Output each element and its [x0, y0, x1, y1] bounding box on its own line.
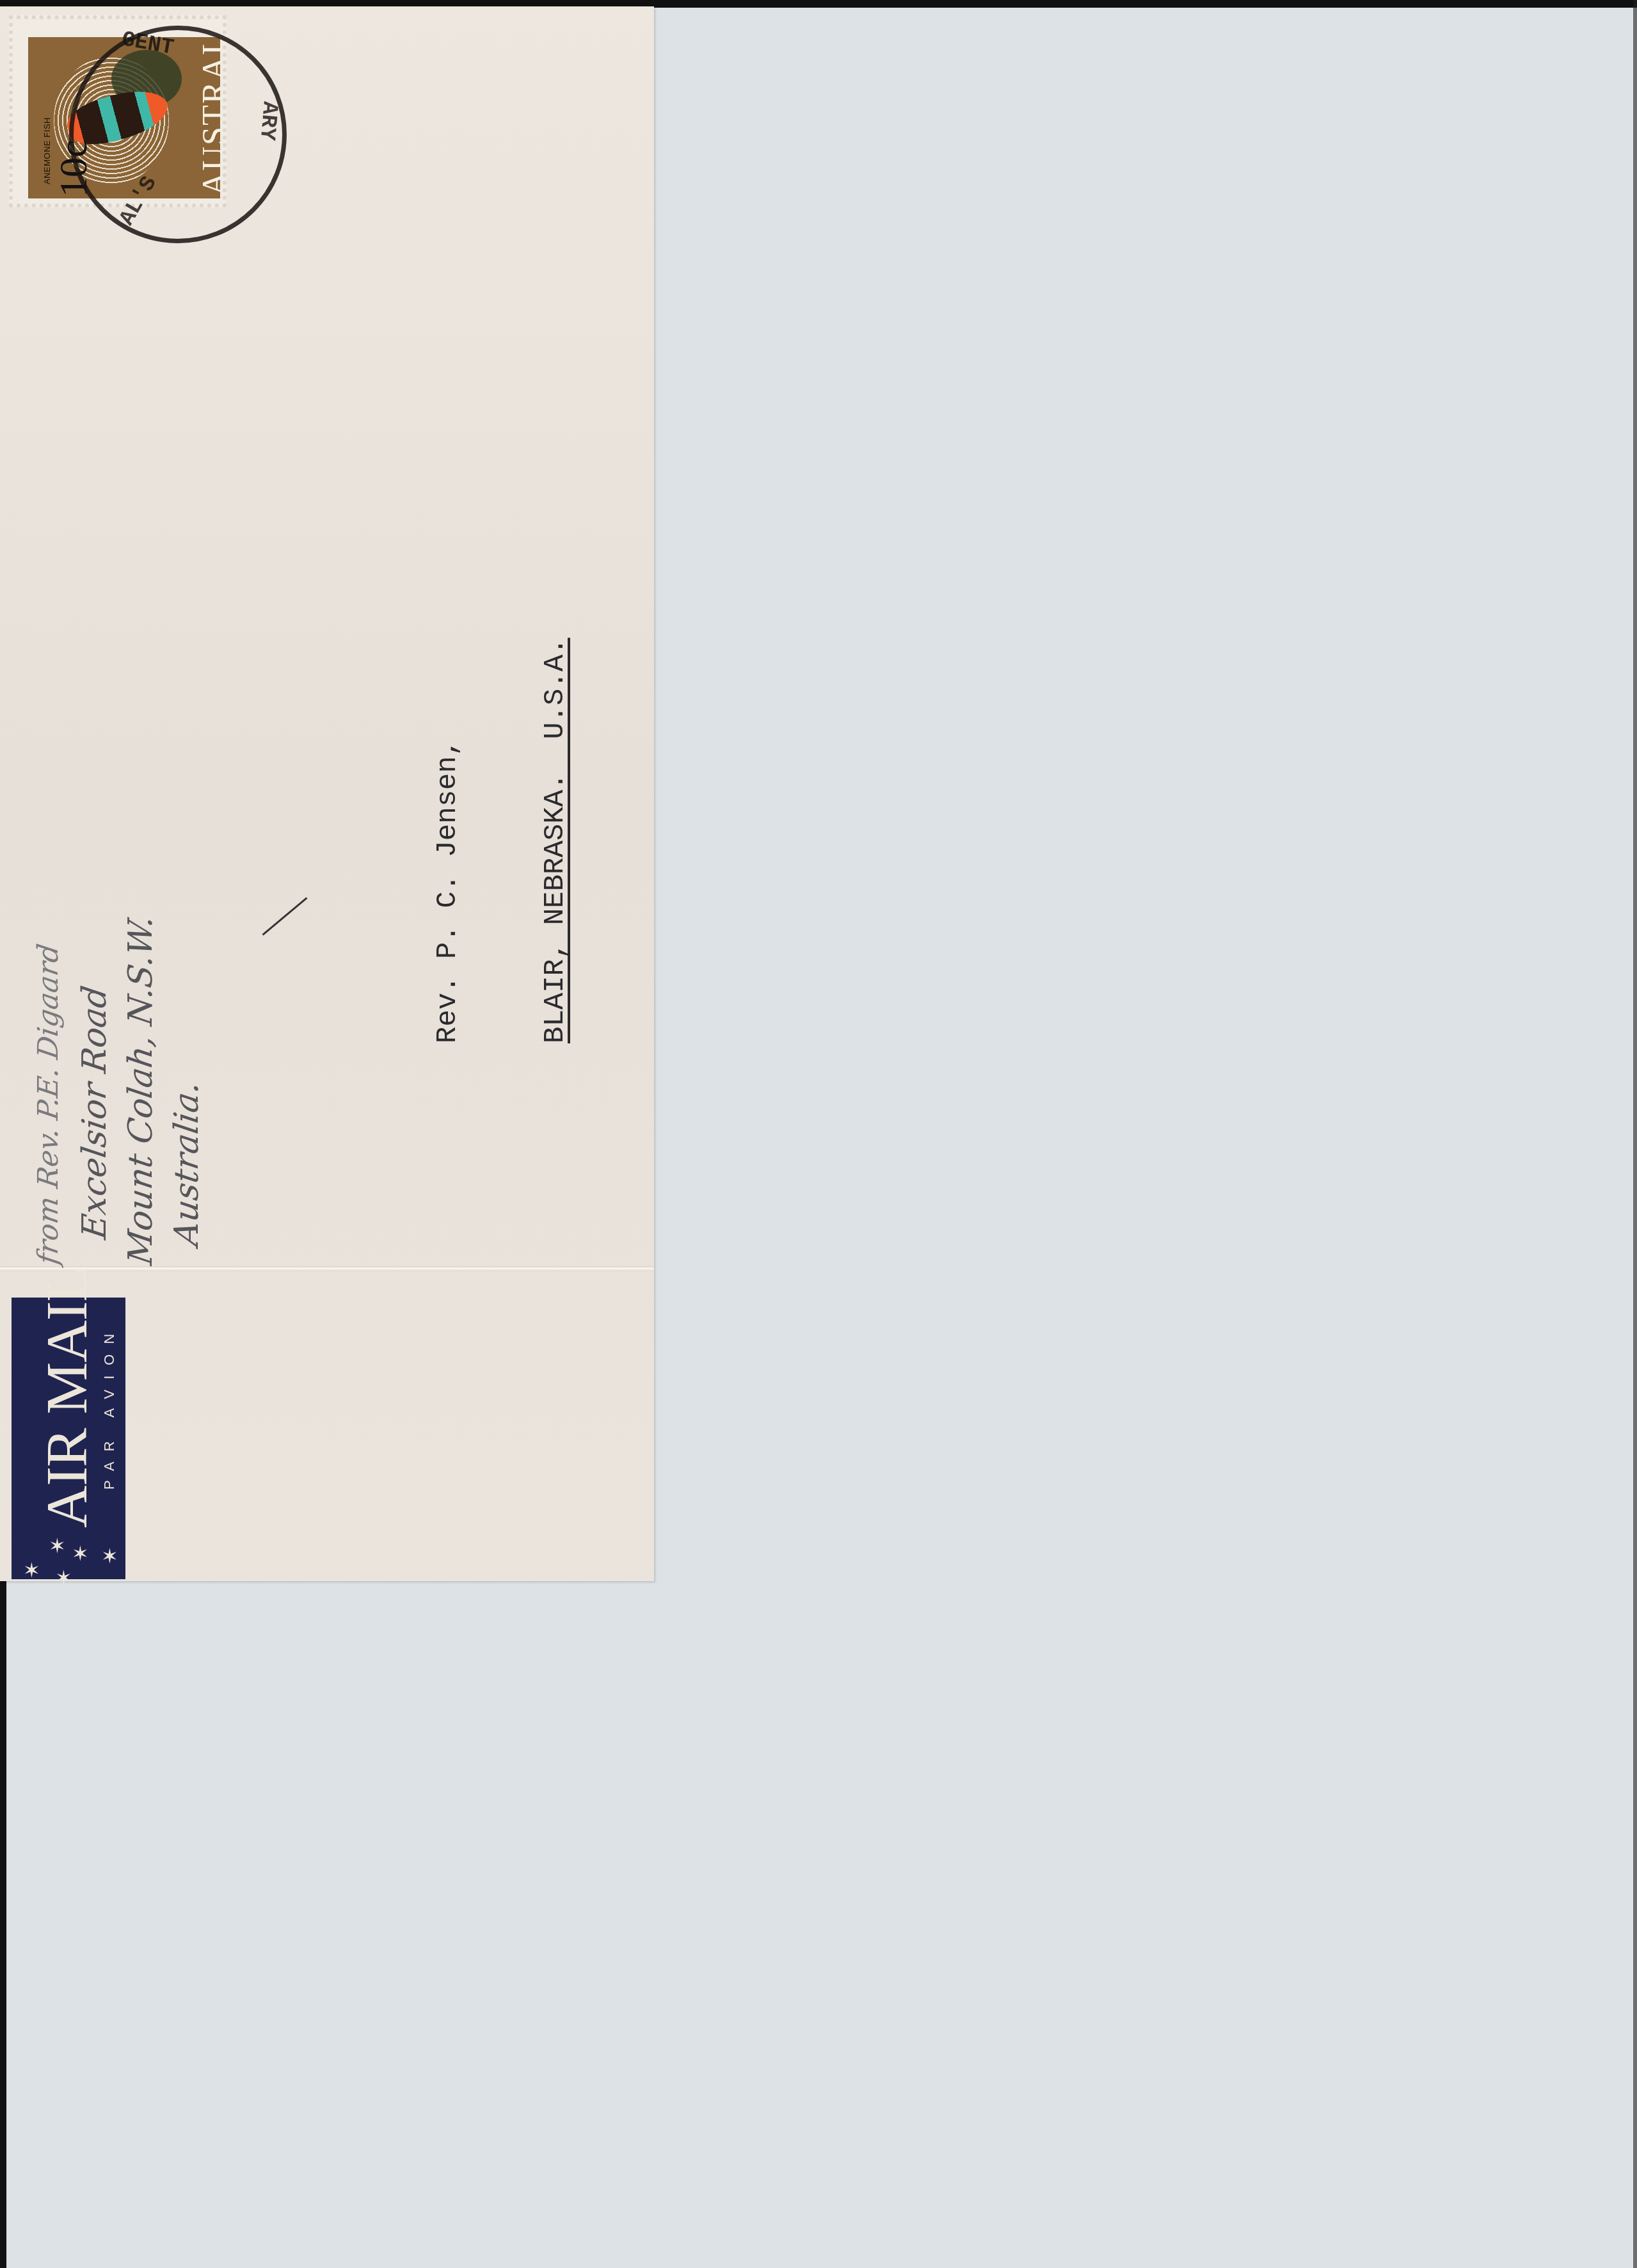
recipient-location: BLAIR, NEBRASKA. U.S.A. [538, 638, 573, 1043]
sender-address: from Rev. P.E. Digaard Excelsior Road Mo… [26, 900, 210, 1287]
postmark-text: ARY [254, 101, 282, 141]
airmail-label: AIR MAIL PAR AVION ✶ ✶ ✶ ✶ ✶ [12, 1298, 125, 1579]
pencil-mark [262, 897, 308, 935]
sender-name: from Rev. P.E. Digaard [26, 900, 72, 1267]
star-icon: ✶ [49, 1536, 66, 1556]
envelope: ANEMONE FISH 10c AUSTRALIA GENT ARY AL'S… [0, 6, 654, 1581]
scanner-left-edge [0, 1581, 6, 2268]
sender-country: Australia. [164, 919, 210, 1287]
sender-city: Mount Colah, N.S.W. [118, 913, 164, 1280]
star-icon: ✶ [23, 1560, 40, 1580]
airmail-title: AIR MAIL [37, 1266, 96, 1528]
star-icon: ✶ [72, 1543, 89, 1564]
stamp-subject: ANEMONE FISH [42, 117, 52, 184]
star-icon: ✶ [55, 1568, 72, 1588]
scanner-right-edge [1633, 0, 1637, 2268]
recipient-name: Rev. P. C. Jensen, [430, 638, 466, 1043]
airmail-subtitle: PAR AVION [101, 1324, 118, 1490]
recipient-address: Rev. P. C. Jensen, BLAIR, NEBRASKA. U.S.… [358, 638, 645, 1043]
star-icon: ✶ [101, 1546, 118, 1566]
sender-street: Excelsior Road [72, 906, 118, 1274]
